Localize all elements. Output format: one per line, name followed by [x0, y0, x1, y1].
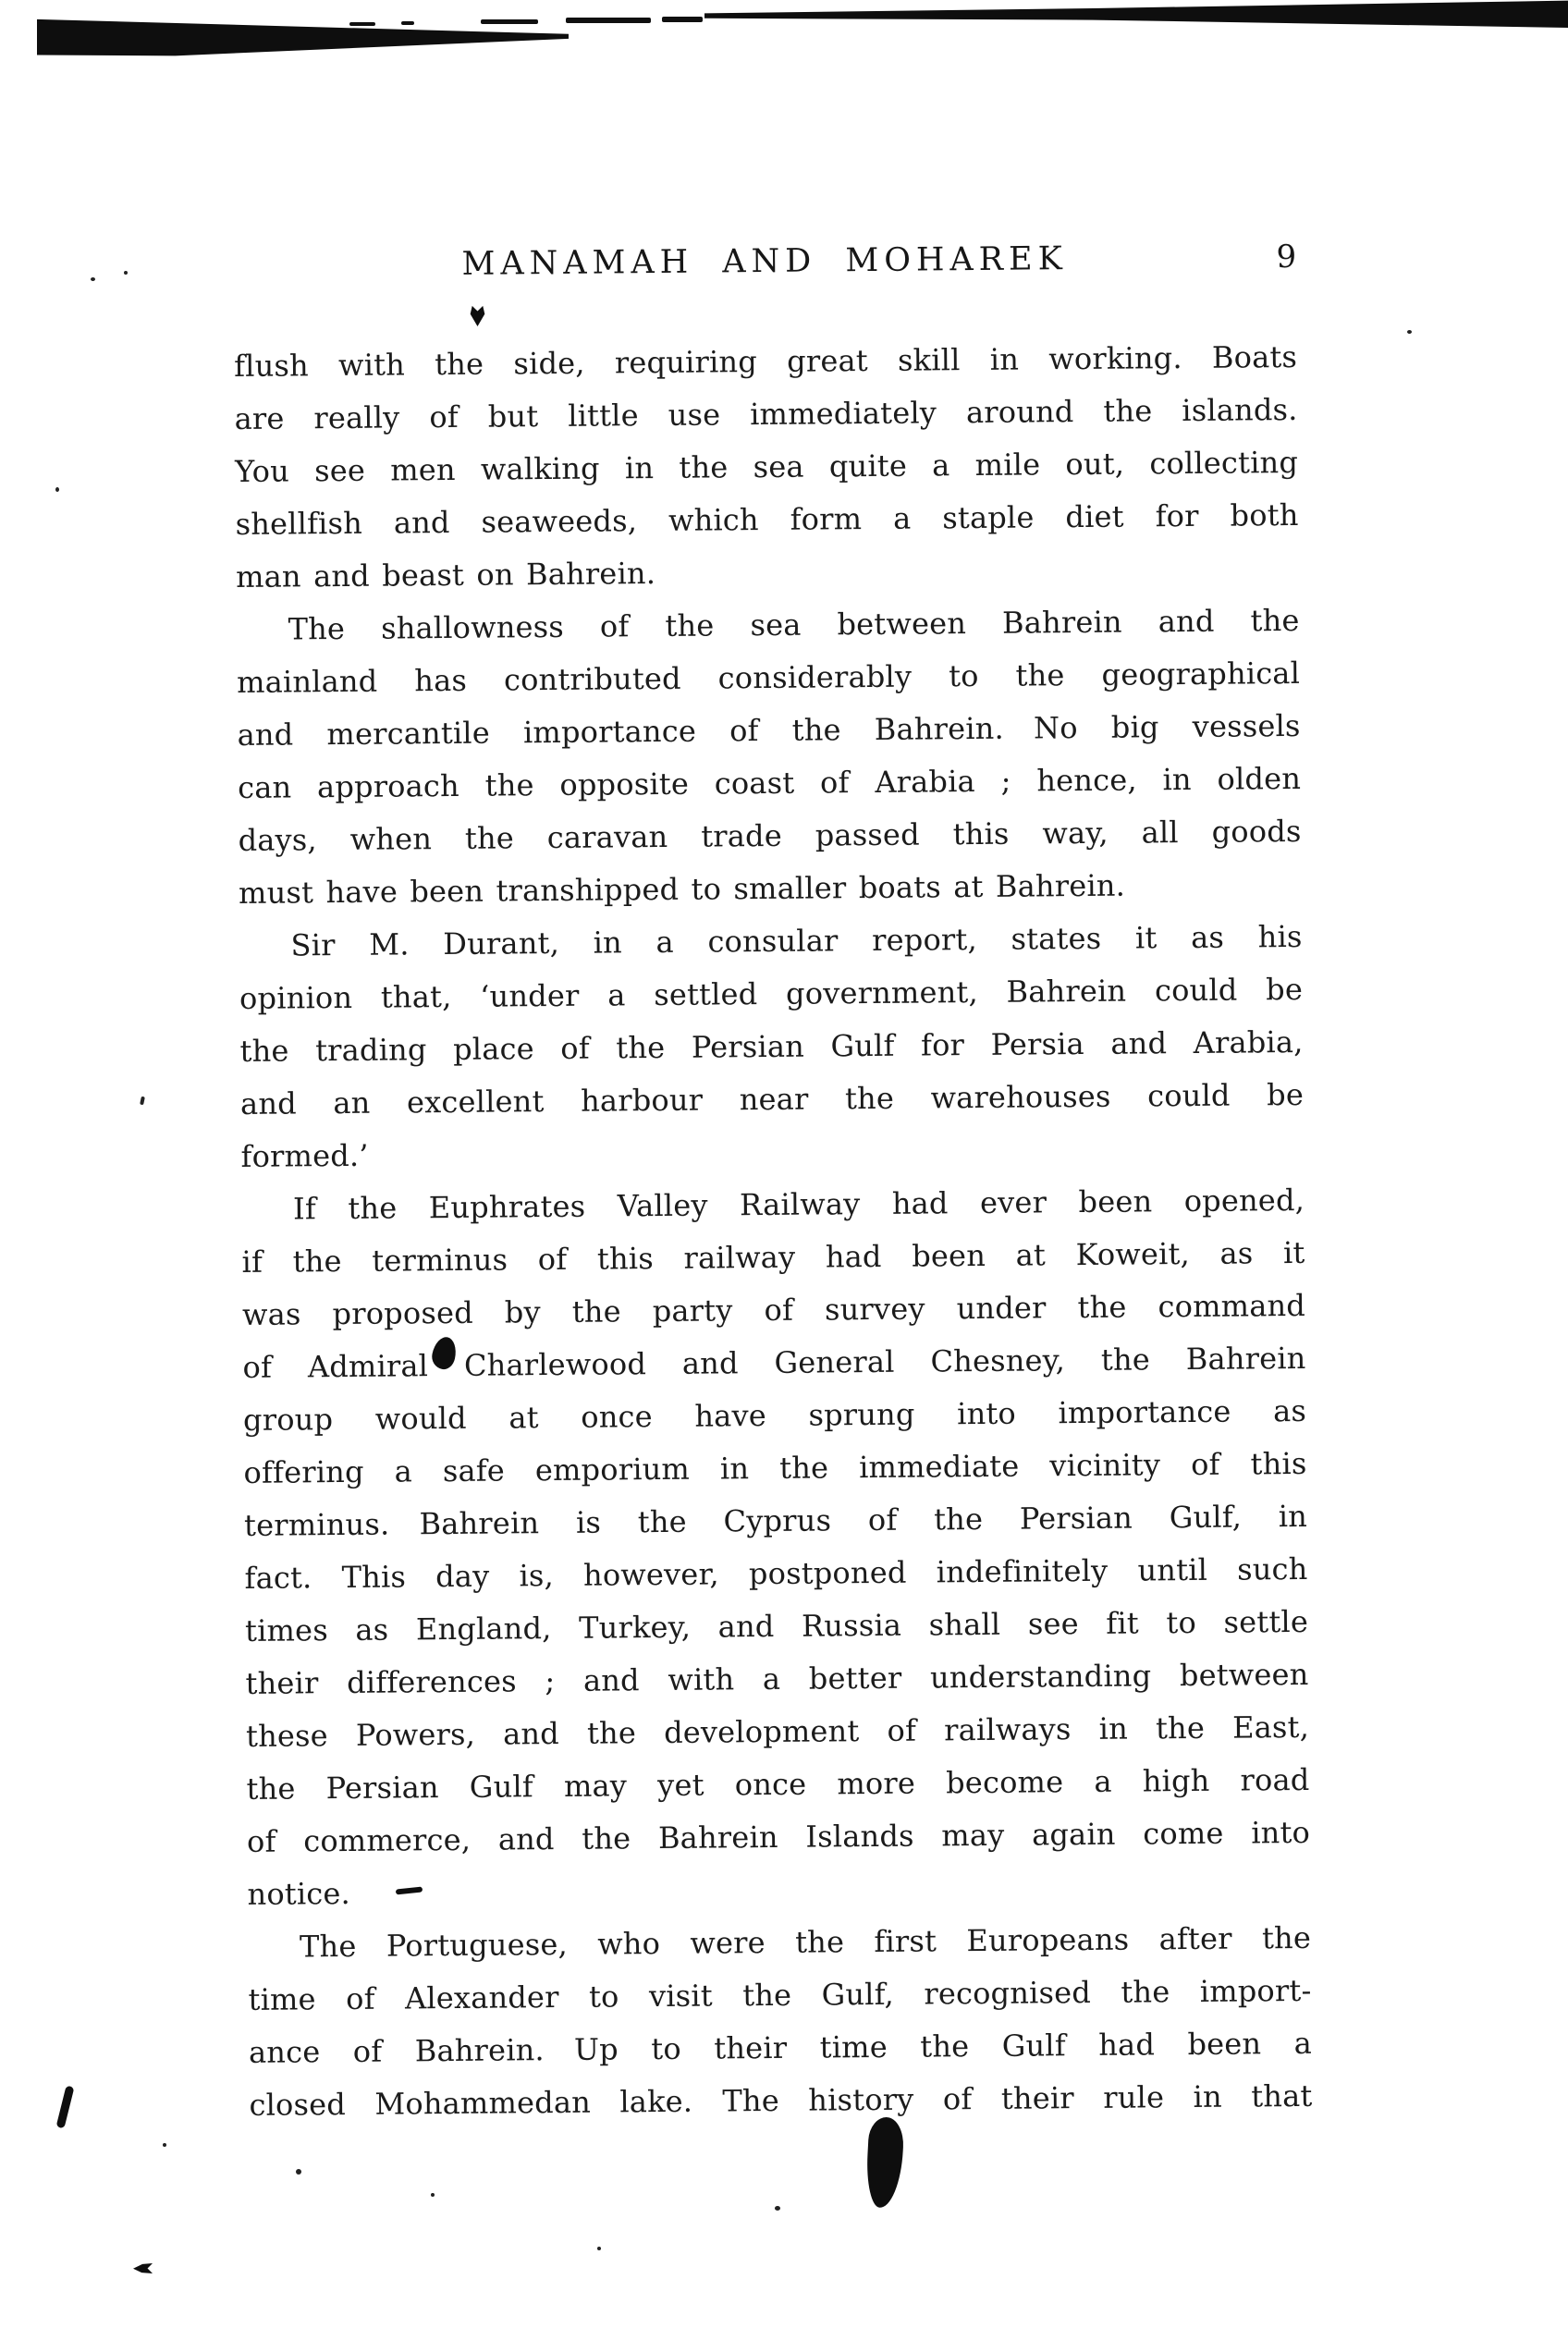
text-block: flush with the side, requiring great ski…	[234, 331, 1313, 2132]
text-line: times as England, Turkey, and Russia sha…	[245, 1596, 1308, 1658]
text-line: can approach the opposite coast of Arabi…	[238, 753, 1301, 815]
text-line: mainland has contributed considerably to…	[237, 647, 1300, 709]
text-line: You see men walking in the sea quite a m…	[235, 436, 1298, 498]
ink-blob-bottom-center	[864, 2116, 904, 2209]
scan-artifact-dash	[481, 19, 538, 24]
text-line: terminus. Bahrein is the Cyprus of the P…	[244, 1490, 1307, 1552]
text-line: flush with the side, requiring great ski…	[234, 331, 1297, 393]
text-line: days, when the caravan trade passed this…	[238, 805, 1301, 867]
text-line: formed.’	[240, 1121, 1304, 1183]
printed-text-area: MANAMAH AND MOHAREK 9 flush with the sid…	[233, 239, 1313, 2132]
text-line: fact. This day is, however, postponed in…	[244, 1543, 1307, 1605]
scan-speck	[1407, 330, 1412, 334]
text-line: if the terminus of this railway had been…	[241, 1227, 1305, 1289]
text-line: these Powers, and the development of rai…	[246, 1701, 1309, 1763]
scan-speck	[431, 2193, 435, 2197]
running-title: MANAMAH AND MOHAREK	[233, 239, 1296, 285]
scan-artifact-dash	[349, 22, 375, 26]
text-line: opinion that, ‘under a settled governmen…	[239, 963, 1303, 1025]
page-header: MANAMAH AND MOHAREK 9	[233, 239, 1296, 292]
text-line: The shallowness of the sea between Bahre…	[236, 594, 1299, 656]
text-line: man and beast on Bahrein.	[236, 542, 1299, 604]
text-line: shellfish and seaweeds, which form a sta…	[235, 489, 1298, 551]
text-line: notice.	[247, 1859, 1310, 1921]
text-line: and an excellent harbour near the wareho…	[240, 1069, 1304, 1131]
text-line: the trading place of the Persian Gulf fo…	[239, 1016, 1303, 1078]
text-line: the Persian Gulf may yet once more becom…	[246, 1754, 1309, 1816]
scan-artifact-top-left-wedge	[37, 18, 569, 57]
text-line: group would at once have sprung into imp…	[243, 1385, 1306, 1447]
pen-slash-bottom-left	[56, 2086, 75, 2129]
page-number: 9	[1276, 239, 1296, 276]
scan-artifact-top-right-band	[704, 0, 1568, 28]
scan-speck	[597, 2247, 601, 2250]
text-line: offering a safe emporium in the immediat…	[243, 1438, 1306, 1500]
text-line: closed Mohammedan lake. The history of t…	[249, 2070, 1312, 2132]
text-line: of commerce, and the Bahrein Islands may…	[247, 1807, 1310, 1869]
scan-speck	[775, 2206, 780, 2211]
text-line: Sir M. Durant, in a consular report, sta…	[239, 911, 1302, 973]
scan-speck	[163, 2143, 166, 2147]
text-line: time of Alexander to visit the Gulf, rec…	[248, 1965, 1311, 2027]
text-line: ance of Bahrein. Up to their time the Gu…	[249, 2017, 1312, 2079]
text-line: are really of but little use immediately…	[234, 384, 1297, 446]
scan-artifact-dash	[401, 21, 414, 25]
book-page-scan: MANAMAH AND MOHAREK 9 flush with the sid…	[0, 0, 1568, 2328]
ink-arrow-bottom-left	[133, 2263, 153, 2273]
text-line: must have been transhipped to smaller bo…	[239, 858, 1302, 920]
scan-speck	[55, 487, 59, 492]
text-line: and mercantile importance of the Bahrein…	[237, 700, 1300, 762]
text-line: was proposed by the party of survey unde…	[242, 1280, 1305, 1342]
scan-artifact-dash	[566, 18, 651, 23]
text-line: of Admiral Charlewood and General Chesne…	[242, 1332, 1305, 1394]
text-line: The Portuguese, who were the first Europ…	[248, 1912, 1311, 1974]
scan-speck	[124, 271, 128, 275]
scan-speck	[140, 1097, 145, 1106]
scan-speck	[91, 277, 95, 281]
text-line: their differences ; and with a better un…	[245, 1648, 1308, 1710]
text-line: If the Euphrates Valley Railway had ever…	[241, 1174, 1305, 1236]
scan-artifact-dash	[662, 17, 703, 22]
scan-speck	[296, 2169, 301, 2175]
